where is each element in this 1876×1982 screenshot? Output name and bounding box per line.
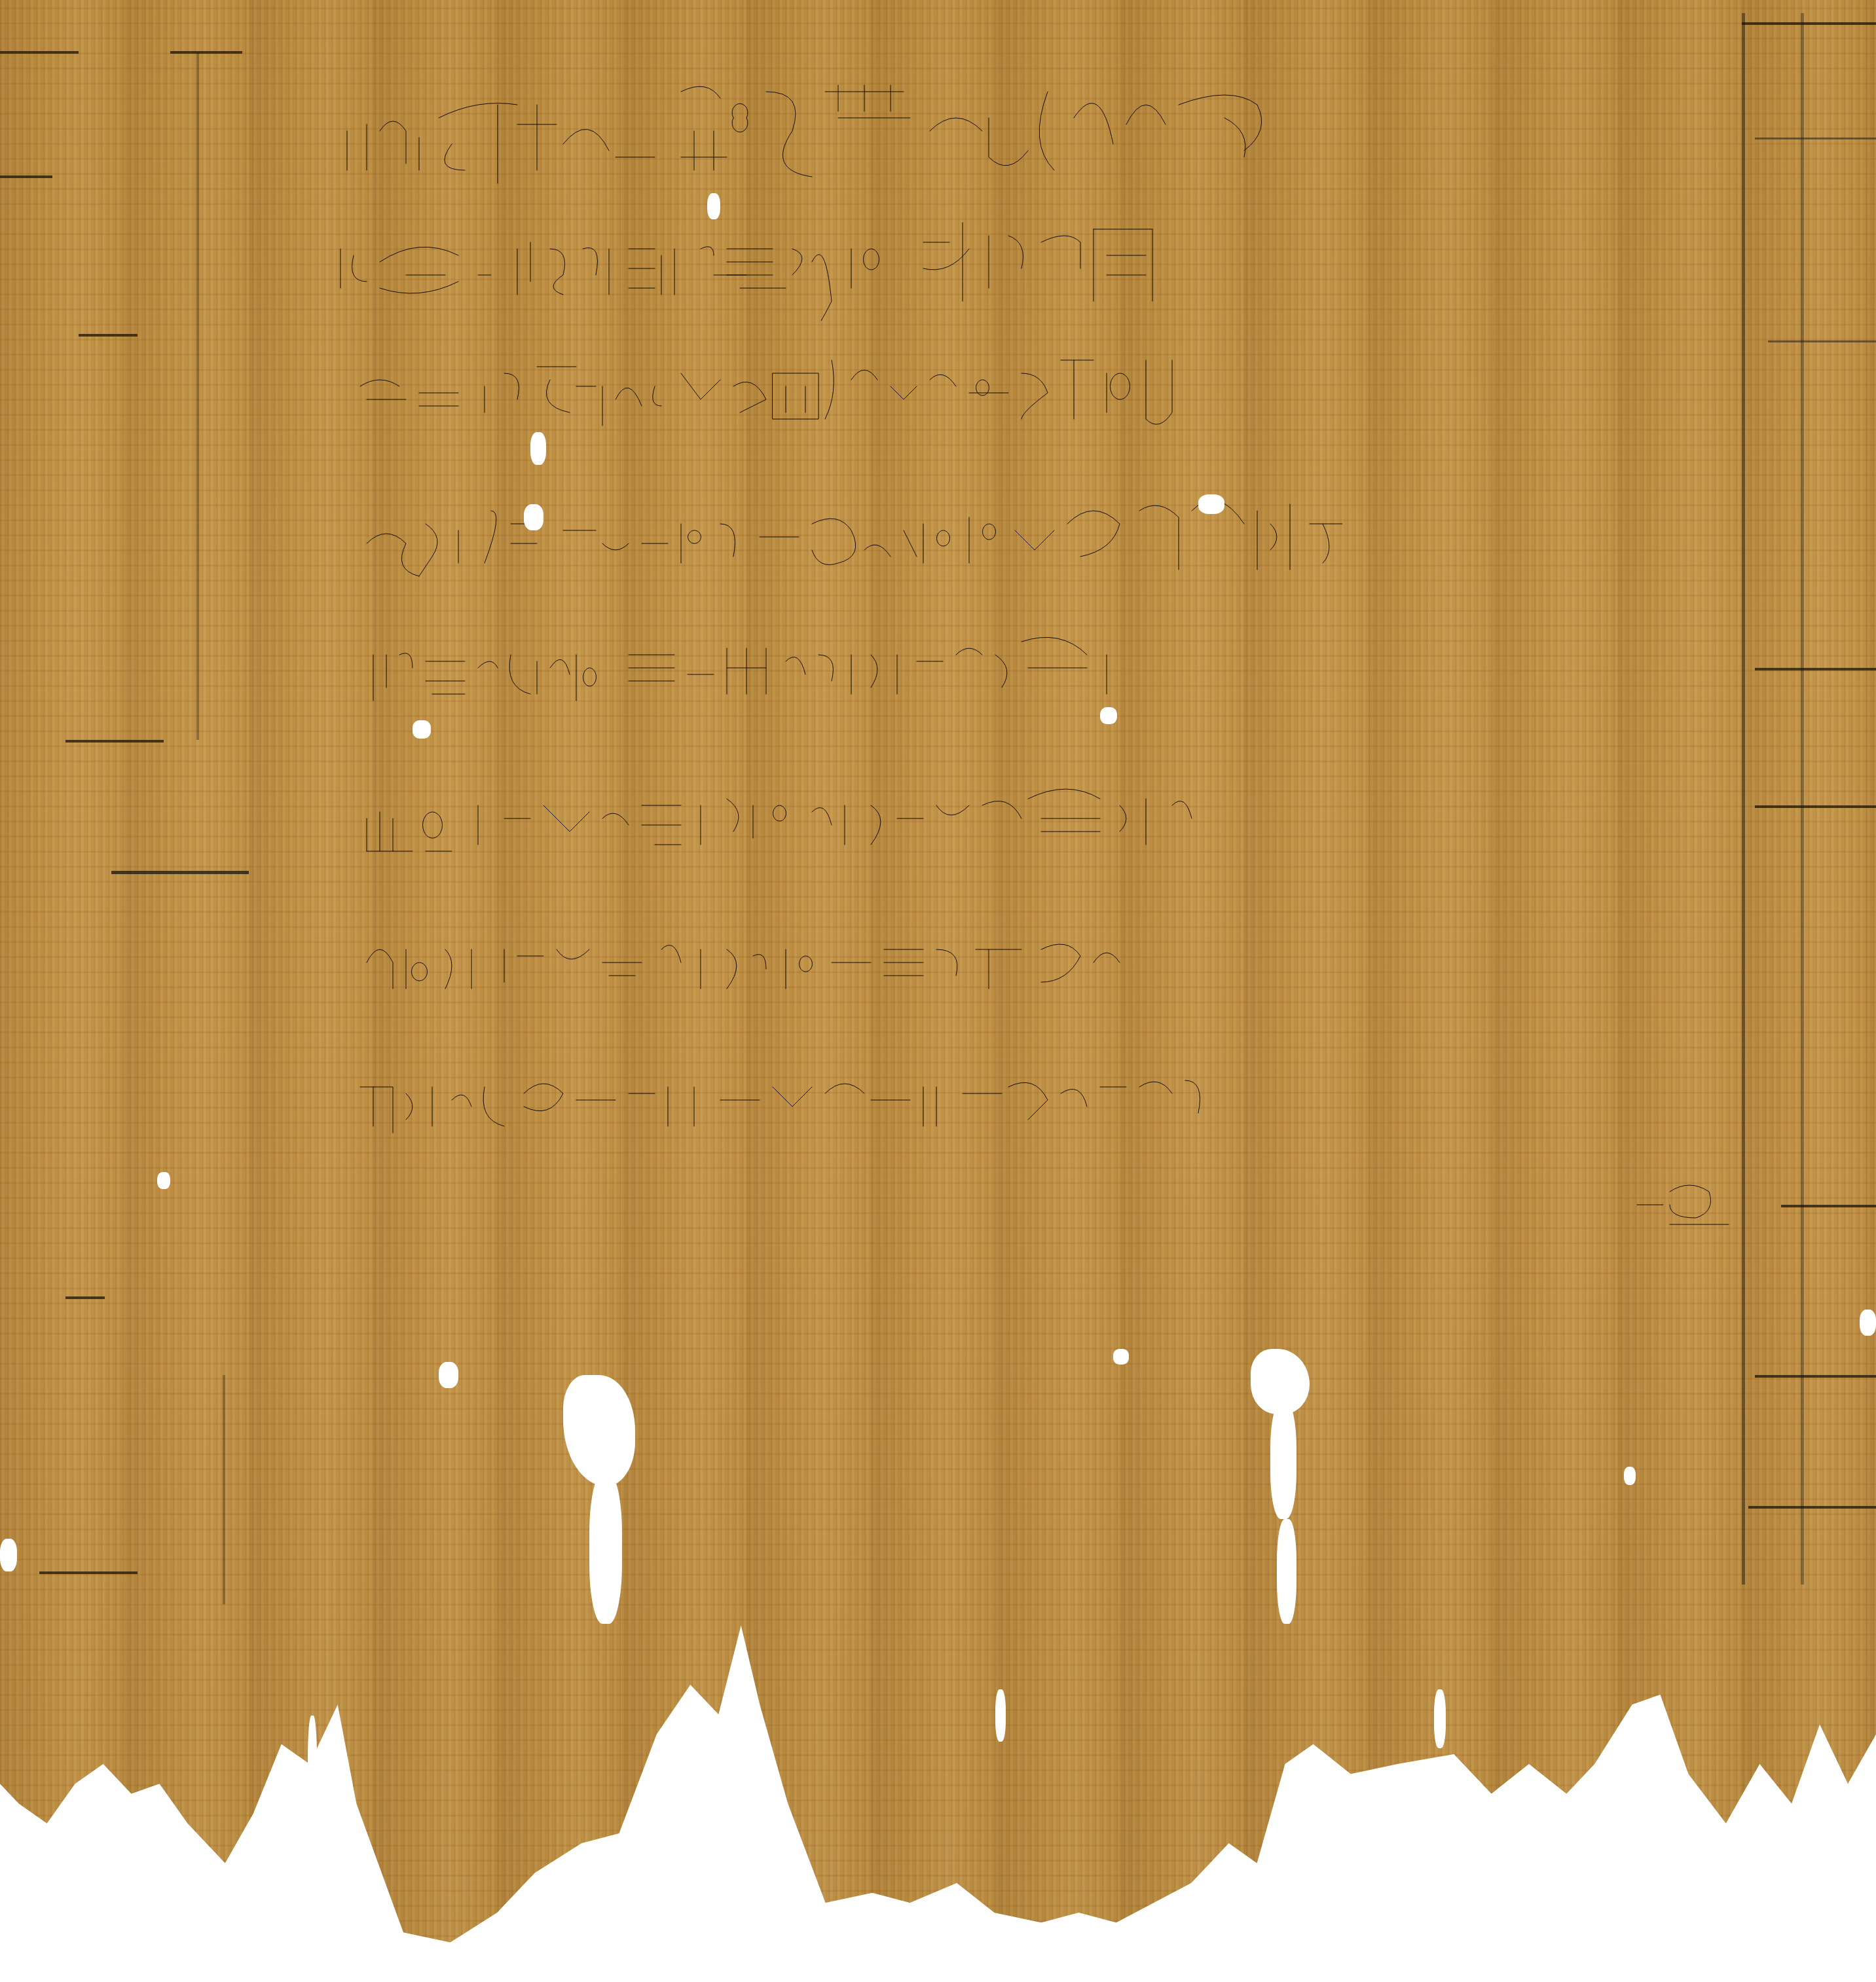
hole <box>1277 1519 1297 1624</box>
hole <box>1860 1310 1876 1336</box>
ruling-line <box>1742 22 1876 25</box>
ruling-line <box>79 334 138 337</box>
text-line-5 <box>367 615 1755 733</box>
ruling-line <box>196 52 199 740</box>
ruling-line <box>1755 138 1876 139</box>
hole <box>0 1539 17 1571</box>
ruling-line <box>111 871 249 874</box>
hole <box>413 720 431 739</box>
text-line-2 <box>334 210 1735 321</box>
text-line-4 <box>354 485 1761 615</box>
hole <box>995 1689 1006 1742</box>
hole <box>1270 1401 1297 1519</box>
hole <box>308 1716 317 1820</box>
ruling-line <box>0 51 79 54</box>
hole <box>1434 1689 1446 1748</box>
ruling-line <box>0 175 52 178</box>
ruling-line <box>1801 13 1804 1585</box>
hole <box>524 504 543 530</box>
hole <box>589 1473 622 1624</box>
hole <box>530 432 546 465</box>
hole <box>439 1362 458 1388</box>
text-line-1 <box>340 79 1735 190</box>
ruling-line <box>65 1296 105 1299</box>
ruling-line <box>1755 668 1876 670</box>
ruling-line <box>1748 1506 1876 1509</box>
text-line-3 <box>354 334 1742 445</box>
text-line-7 <box>360 910 1761 1028</box>
text-line-8 <box>354 1048 1735 1165</box>
ruling-line <box>65 740 164 743</box>
ruling-line <box>1755 805 1876 808</box>
ruling-line <box>223 1375 225 1604</box>
hole <box>1198 494 1224 514</box>
ruling-line <box>170 51 242 54</box>
ruling-line <box>1781 1205 1876 1207</box>
hole <box>707 193 720 219</box>
text-line-9 <box>1630 1172 1742 1244</box>
ruling-line <box>1768 340 1876 342</box>
hole <box>157 1172 170 1189</box>
ruling-line <box>39 1571 138 1574</box>
ruling-line <box>1755 1375 1876 1378</box>
hole <box>1624 1467 1636 1485</box>
hole <box>1100 707 1117 724</box>
hole <box>1113 1349 1129 1365</box>
text-line-6 <box>360 766 1761 884</box>
